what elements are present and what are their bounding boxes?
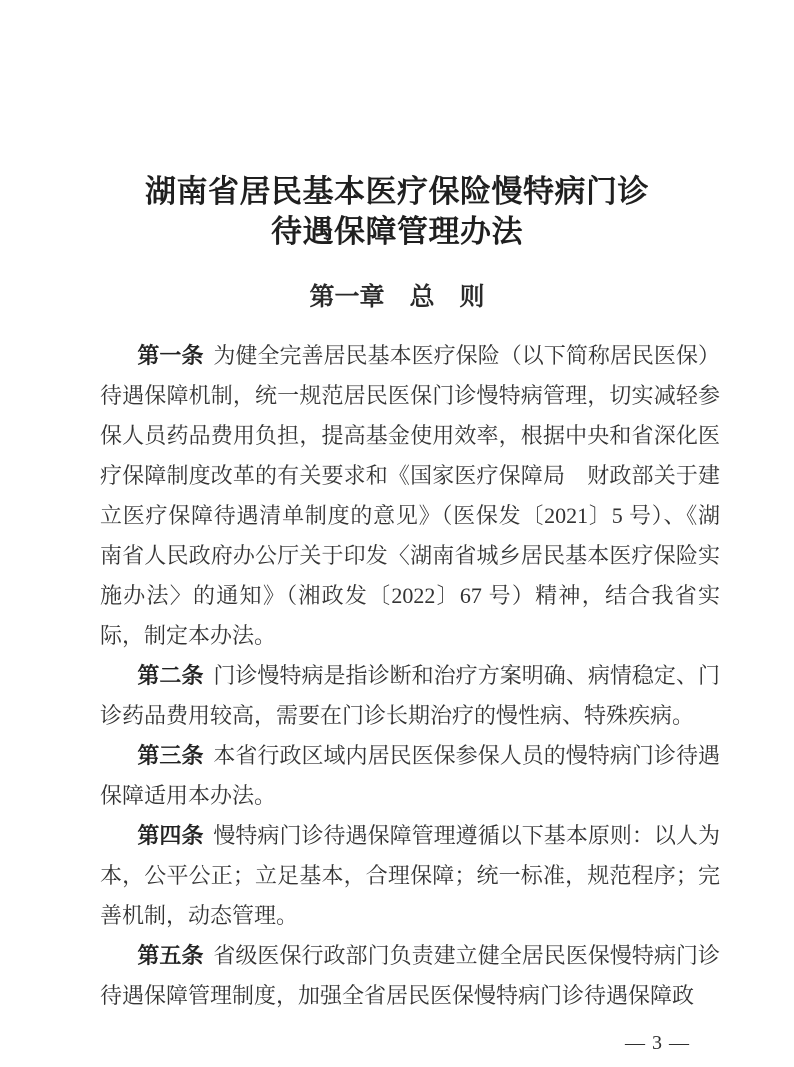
document-title-line1: 湖南省居民基本医疗保险慢特病门诊 [0, 172, 794, 212]
document-title-line2: 待遇保障管理办法 [0, 212, 794, 252]
page-number: — 3 — [625, 1031, 690, 1055]
article-3: 第三条本省行政区域内居民医保参保人员的慢特病门诊待遇保障适用本办法。 [100, 736, 720, 816]
article-1-number: 第一条 [137, 343, 203, 368]
document-title: 湖南省居民基本医疗保险慢特病门诊 待遇保障管理办法 [0, 172, 794, 252]
article-3-number: 第三条 [137, 743, 203, 768]
document-page: 湖南省居民基本医疗保险慢特病门诊 待遇保障管理办法 第一章 总 则 第一条为健全… [0, 0, 794, 1067]
chapter-heading: 第一章 总 则 [0, 282, 794, 312]
article-2-number: 第二条 [137, 663, 203, 688]
article-1: 第一条为健全完善居民基本医疗保险（以下简称居民医保）待遇保障机制，统一规范居民医… [100, 336, 720, 656]
document-body: 第一条为健全完善居民基本医疗保险（以下简称居民医保）待遇保障机制，统一规范居民医… [0, 336, 794, 1016]
article-1-text: 为健全完善居民基本医疗保险（以下简称居民医保）待遇保障机制，统一规范居民医保门诊… [100, 343, 720, 648]
article-2: 第二条门诊慢特病是指诊断和治疗方案明确、病情稳定、门诊药品费用较高，需要在门诊长… [100, 656, 720, 736]
article-5: 第五条省级医保行政部门负责建立健全居民医保慢特病门诊待遇保障管理制度，加强全省居… [100, 936, 720, 1016]
article-4-number: 第四条 [137, 823, 203, 848]
article-5-number: 第五条 [137, 943, 203, 968]
article-4: 第四条慢特病门诊待遇保障管理遵循以下基本原则：以人为本，公平公正；立足基本，合理… [100, 816, 720, 936]
